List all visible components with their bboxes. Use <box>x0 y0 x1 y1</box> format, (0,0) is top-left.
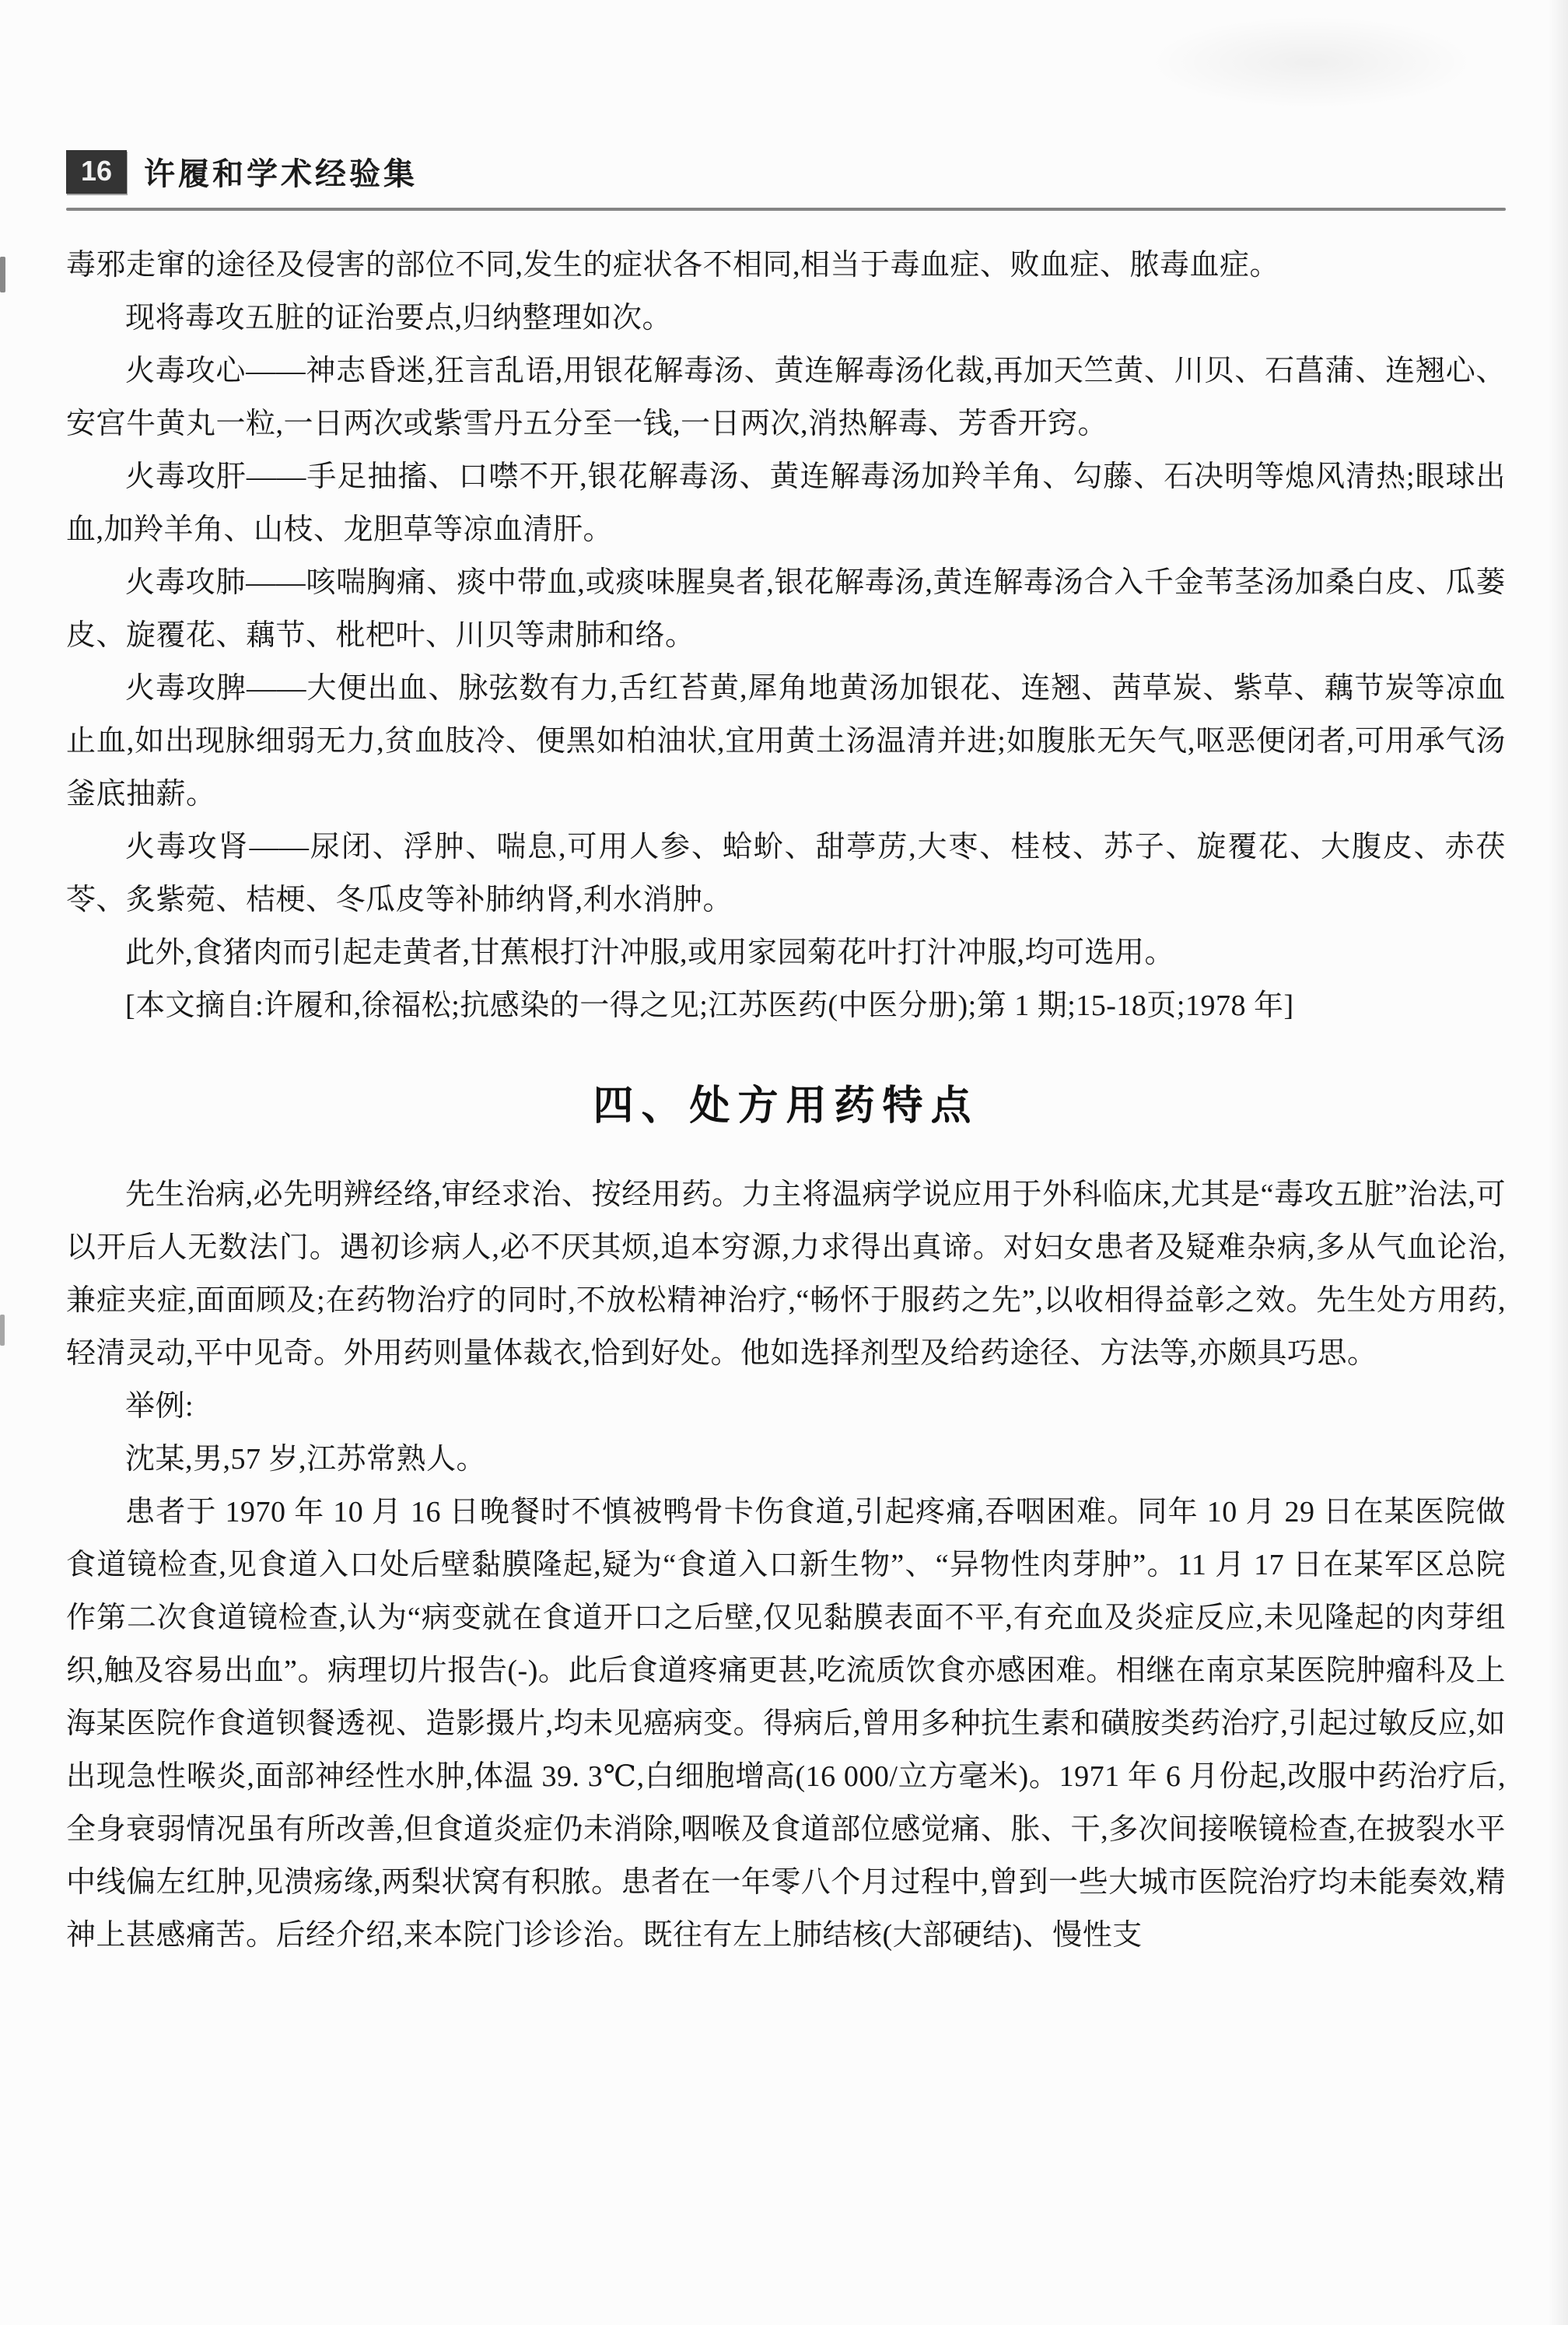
case-history-paragraph: 患者于 1970 年 10 月 16 日晚餐时不慎被鸭骨卡伤食道,引起疼痛,吞咽… <box>66 1486 1506 1962</box>
citation-paragraph: [本文摘自:许履和,徐福松;抗感染的一得之见;江苏医药(中医分册);第 1 期;… <box>66 979 1506 1032</box>
scanned-book-page: 16 许履和学术经验集 毒邪走窜的途径及侵害的部位不同,发生的症状各不相同,相当… <box>0 0 1568 2325</box>
paragraph: 火毒攻心——神志昏迷,狂言乱语,用银花解毒汤、黄连解毒汤化裁,再加天竺黄、川贝、… <box>66 345 1506 450</box>
running-head: 16 许履和学术经验集 <box>66 149 1506 194</box>
paragraph: 举例: <box>66 1380 1506 1433</box>
scan-edge-mark <box>0 257 5 292</box>
header-rule <box>66 208 1506 211</box>
paragraph: 此外,食猪肉而引起走黄者,甘蕉根打汁冲服,或用家园菊花叶打汁冲服,均可选用。 <box>66 926 1506 979</box>
paragraph: 火毒攻脾——大便出血、脉弦数有力,舌红苔黄,犀角地黄汤加银花、连翘、茜草炭、紫草… <box>66 662 1506 821</box>
paragraph: 火毒攻肾——尿闭、浮肿、喘息,可用人参、蛤蚧、甜葶苈,大枣、桂枝、苏子、旋覆花、… <box>66 821 1506 926</box>
page-number-badge: 16 <box>66 150 127 194</box>
paragraph: 现将毒攻五脏的证治要点,归纳整理如次。 <box>66 292 1506 345</box>
scan-edge-shade <box>1548 0 1568 2325</box>
paragraph: 火毒攻肝——手足抽搐、口噤不开,银花解毒汤、黄连解毒汤加羚羊角、勾藤、石决明等熄… <box>66 450 1506 556</box>
paragraph: 先生治病,必先明辨经络,审经求治、按经用药。力主将温病学说应用于外科临床,尤其是… <box>66 1168 1506 1380</box>
book-title: 许履和学术经验集 <box>144 149 418 194</box>
paragraph: 火毒攻肺——咳喘胸痛、痰中带血,或痰味腥臭者,银花解毒汤,黄连解毒汤合入千金苇茎… <box>66 556 1506 662</box>
page-body: 毒邪走窜的途径及侵害的部位不同,发生的症状各不相同,相当于毒血症、败血症、脓毒血… <box>66 239 1506 1962</box>
scan-edge-mark <box>0 1315 5 1346</box>
paragraph: 毒邪走窜的途径及侵害的部位不同,发生的症状各不相同,相当于毒血症、败血症、脓毒血… <box>66 239 1506 292</box>
section-heading: 四、处方用药特点 <box>66 1073 1506 1131</box>
paragraph: 沈某,男,57 岁,江苏常熟人。 <box>66 1433 1506 1486</box>
scan-smudge <box>1148 16 1475 109</box>
